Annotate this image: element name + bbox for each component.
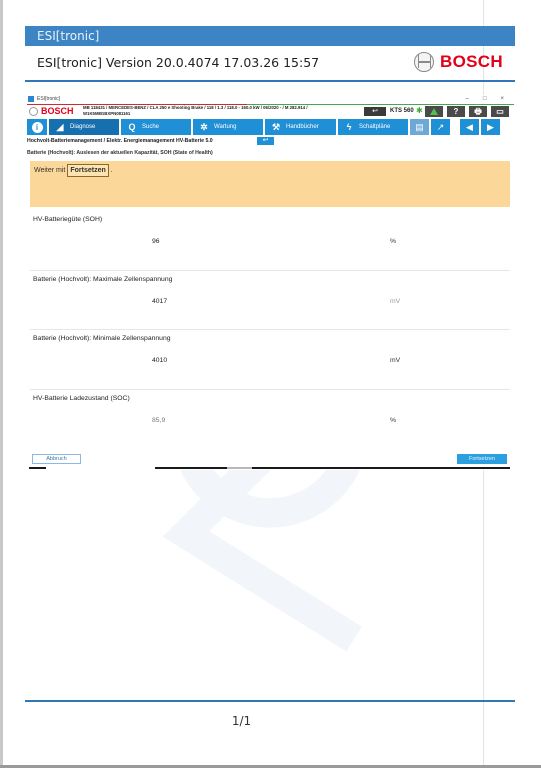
footer-divider xyxy=(25,700,515,702)
nav-schaltplaene-label: Schaltpläne xyxy=(359,119,390,135)
back-button[interactable]: ↩ xyxy=(364,107,386,116)
menu-button[interactable]: ▭ xyxy=(491,106,509,117)
vehicle-description: MB 118431 / MERCEDES-BENZ / CLA 250 e Sh… xyxy=(83,105,308,111)
previous-button[interactable]: ◀ xyxy=(460,119,479,135)
measurement-list: HV-Batteriegüte (SOH) 96 % Batterie (Hoc… xyxy=(30,211,510,449)
next-button[interactable]: ▶ xyxy=(481,119,500,135)
close-button[interactable]: × xyxy=(500,95,504,104)
bluetooth-icon: ✱ xyxy=(416,106,423,116)
vehicle-vin: W1K5M8GBXPN081161 xyxy=(83,111,308,117)
main-navigation: i ◢ Diagnose Q Suche ✲ Wartung ⚒ Handbüc… xyxy=(27,119,514,135)
measurement-unit: % xyxy=(390,417,396,424)
window-controls: – □ × xyxy=(466,95,504,104)
measurement-value: 4010 xyxy=(152,357,167,364)
book-button[interactable]: ▤ xyxy=(410,119,429,135)
instruction-panel: Weiter mit Fortsetzen . xyxy=(30,161,510,207)
nav-info[interactable]: i xyxy=(27,119,47,135)
bosch-logo: BOSCH xyxy=(414,52,503,72)
abort-button[interactable]: Abbruch xyxy=(32,454,81,464)
measurement-unit: mV xyxy=(390,298,400,305)
measurement-row: HV-Batterie Ladezustand (SOC) 85,9 % xyxy=(30,390,510,450)
vehicle-bar: BOSCH MB 118431 / MERCEDES-BENZ / CLA 25… xyxy=(27,105,514,118)
nav-schaltplaene[interactable]: ϟ Schaltpläne xyxy=(338,119,408,135)
measurement-row: HV-Batteriegüte (SOH) 96 % xyxy=(30,211,510,271)
minimize-button[interactable]: – xyxy=(466,95,469,104)
breadcrumb-back-button[interactable]: ↩ xyxy=(257,137,274,145)
arrow-left-icon: ◀ xyxy=(466,119,473,135)
window-title: ESI[tronic] xyxy=(37,96,60,102)
measurement-label: Batterie (Hochvolt): Minimale Zellenspan… xyxy=(33,335,171,342)
nav-diagnose[interactable]: ◢ Diagnose xyxy=(49,119,119,135)
scrollbar-thumb[interactable] xyxy=(227,467,252,469)
app-brand: BOSCH xyxy=(41,106,74,116)
nav-diagnose-label: Diagnose xyxy=(70,119,95,135)
window-titlebar: ESI[tronic] xyxy=(27,95,514,104)
arrow-right-icon: ▶ xyxy=(487,119,494,135)
measurement-label: HV-Batterie Ladezustand (SOC) xyxy=(33,395,130,402)
car-icon: ◢ xyxy=(55,119,65,135)
horizontal-scrollbar[interactable] xyxy=(155,467,510,469)
esitronic-app-window: ESI[tronic] – □ × BOSCH MB 118431 / MERC… xyxy=(27,95,514,470)
instruction-text: Weiter mit Fortsetzen . xyxy=(34,164,113,177)
vehicle-info: MB 118431 / MERCEDES-BENZ / CLA 250 e Sh… xyxy=(83,105,308,116)
bosch-wordmark: BOSCH xyxy=(440,52,503,72)
nav-suche-label: Suche xyxy=(142,119,159,135)
document-version-line: ESI[tronic] Version 20.0.4074 17.03.26 1… xyxy=(37,55,319,70)
bosch-armature-icon xyxy=(29,107,38,116)
external-link-button[interactable]: ↗ xyxy=(431,119,450,135)
measurement-unit: % xyxy=(390,238,396,245)
device-label: KTS 560 xyxy=(390,107,414,116)
search-icon: Q xyxy=(127,119,137,135)
scrollbar-segment xyxy=(29,467,46,469)
lightning-icon: ϟ xyxy=(344,119,354,135)
info-icon: i xyxy=(32,122,43,133)
nav-wartung-label: Wartung xyxy=(214,119,236,135)
gears-icon: ✲ xyxy=(199,119,209,135)
app-icon xyxy=(28,96,34,102)
nav-handbuecher-label: Handbücher xyxy=(286,119,319,135)
nav-suche[interactable]: Q Suche xyxy=(121,119,191,135)
measurement-value: 85,9 xyxy=(152,417,165,424)
fortsetzen-link[interactable]: Fortsetzen xyxy=(67,164,108,177)
measurement-label: HV-Batteriegüte (SOH) xyxy=(33,216,102,223)
measurement-label: Batterie (Hochvolt): Maximale Zellenspan… xyxy=(33,276,172,283)
app-bosch-logo: BOSCH xyxy=(29,106,74,116)
nav-spacer xyxy=(452,119,458,135)
book-icon: ▤ xyxy=(415,119,424,135)
page-title: Batterie (Hochvolt): Auslesen der aktuel… xyxy=(27,149,213,157)
external-link-icon: ↗ xyxy=(437,119,445,135)
measurement-row: Batterie (Hochvolt): Minimale Zellenspan… xyxy=(30,330,510,390)
header-divider xyxy=(25,80,515,82)
measurement-value: 4017 xyxy=(152,298,167,305)
instruction-suffix: . xyxy=(111,165,113,176)
help-button[interactable]: ? xyxy=(447,106,465,117)
instruction-prefix: Weiter mit xyxy=(34,165,65,176)
measurement-unit: mV xyxy=(390,357,400,364)
wrench-icon: ⚒ xyxy=(271,119,281,135)
measurement-value: 96 xyxy=(152,238,160,245)
print-button[interactable]: 🖶 xyxy=(469,106,487,117)
nav-handbuecher[interactable]: ⚒ Handbücher xyxy=(265,119,336,135)
page-number: 1/1 xyxy=(0,714,483,728)
maximize-button[interactable]: □ xyxy=(483,95,487,104)
continue-button[interactable]: Fortsetzen xyxy=(457,454,507,464)
breadcrumb: Hochvolt-Batteriemanagement / Elektr. En… xyxy=(27,137,213,145)
vehicle-connect-button[interactable] xyxy=(425,106,443,117)
bosch-armature-icon xyxy=(414,52,434,72)
nav-wartung[interactable]: ✲ Wartung xyxy=(193,119,263,135)
document-title-bar: ESI[tronic] xyxy=(25,26,515,46)
scan-edge xyxy=(0,0,3,768)
measurement-row: Batterie (Hochvolt): Maximale Zellenspan… xyxy=(30,271,510,331)
